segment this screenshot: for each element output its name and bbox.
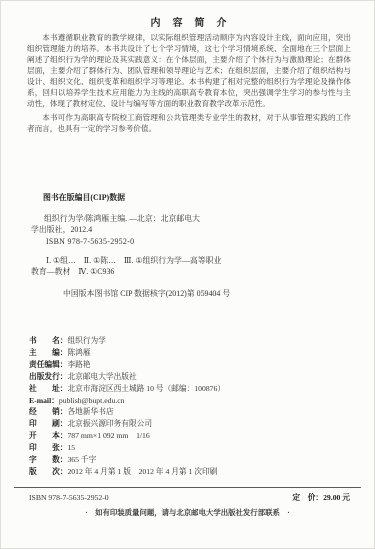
colophon-row-sheets: 印 张： 15 bbox=[29, 442, 350, 454]
colophon-label: 主 编： bbox=[29, 347, 67, 359]
footer-row: ISBN 978-7-5635-2952-0 定 价：29.00 元 bbox=[29, 492, 350, 503]
quality-note: · 如有印装质量问题，请与北京邮电大学出版社发行部联系 · bbox=[1, 507, 374, 518]
colophon-value: 北京邮电大学出版社 bbox=[67, 371, 136, 383]
cip-entry-line-1: 组织行为学/陈鸿雁主编. —北京：北京邮电大 bbox=[44, 213, 350, 224]
colophon-label: 社 址： bbox=[29, 383, 67, 395]
colophon-row-distribution: 经 销： 各地新华书店 bbox=[29, 406, 350, 418]
cip-record-number: 中国版本图书馆 CIP 数据核字(2012)第 059404 号 bbox=[63, 288, 350, 299]
colophon-row-printer: 印 刷： 北京振兴源印务有限公司 bbox=[29, 418, 350, 430]
colophon-value: 陈鸿雁 bbox=[67, 347, 90, 359]
footer-isbn: ISBN 978-7-5635-2952-0 bbox=[29, 492, 109, 503]
colophon-value: 365 千字 bbox=[67, 454, 96, 466]
colophon-value: 2012 年 4 月第 1 版 2012 年 4 月第 1 次印刷 bbox=[67, 466, 217, 478]
colophon-value: publish@bupt.edu.cn bbox=[59, 395, 125, 407]
colophon-row-editor: 主 编： 陈鸿雁 bbox=[29, 347, 350, 359]
colophon-value: 各地新华书店 bbox=[67, 406, 113, 418]
colophon-value: 北京振兴源印务有限公司 bbox=[67, 418, 152, 430]
colophon-value: 787 mm×1 092 mm 1/16 bbox=[67, 430, 149, 442]
colophon-row-address: 社 址： 北京市海淀区西土城路 10 号（邮编：100876） bbox=[29, 383, 350, 395]
colophon-row-responsible-editor: 责任编辑： 李路艳 bbox=[29, 359, 350, 371]
cip-isbn: ISBN 978-7-5635-2952-0 bbox=[46, 236, 350, 247]
colophon-value: 李路艳 bbox=[67, 359, 90, 371]
colophon-label: 责任编辑： bbox=[29, 359, 67, 371]
colophon-row-publisher: 出版发行： 北京邮电大学出版社 bbox=[29, 371, 350, 383]
intro-title: 内 容 简 介 bbox=[27, 14, 351, 29]
colophon-label: 印 张： bbox=[29, 442, 67, 454]
cip-heading: 图书在版编目(CIP)数据 bbox=[43, 192, 350, 203]
cip-classification-line-2: 教育—教材 Ⅳ. ①C936 bbox=[31, 266, 350, 277]
cip-classification-line-1: Ⅰ. ①组… Ⅱ. ①陈… Ⅲ. ①组织行为学—高等职业 bbox=[46, 255, 350, 266]
colophon-row-email: E-mail： publish@bupt.edu.cn bbox=[29, 395, 350, 407]
copyright-page: 内 容 简 介 本书遵循职业教育的教学规律，以实际组织管理活动顺序为内容设计主线… bbox=[0, 0, 375, 549]
intro-section: 内 容 简 介 本书遵循职业教育的教学规律，以实际组织管理活动顺序为内容设计主线… bbox=[27, 14, 351, 134]
colophon-value: 15 bbox=[67, 442, 75, 454]
colophon-row-format: 开 本： 787 mm×1 092 mm 1/16 bbox=[29, 430, 350, 442]
colophon-value: 组织行为学 bbox=[67, 335, 105, 347]
colophon-label: 出版发行： bbox=[29, 371, 67, 383]
colophon-row-word-count: 字 数： 365 千字 bbox=[29, 454, 350, 466]
colophon-table: 书 名： 组织行为学 主 编： 陈鸿雁 责任编辑： 李路艳 出版发行： 北京邮电… bbox=[29, 335, 350, 478]
intro-paragraph-1: 本书遵循职业教育的教学规律，以实际组织管理活动顺序为内容设计主线，面向应用，突出… bbox=[27, 32, 351, 109]
colophon-label: E-mail： bbox=[29, 395, 59, 407]
colophon-label: 书 名： bbox=[29, 335, 67, 347]
colophon-label: 版 次： bbox=[29, 466, 67, 478]
colophon-label: 开 本： bbox=[29, 430, 67, 442]
colophon-row-edition: 版 次： 2012 年 4 月第 1 版 2012 年 4 月第 1 次印刷 bbox=[29, 466, 350, 478]
footer-price: 定 价：29.00 元 bbox=[292, 492, 350, 503]
cip-section: 图书在版编目(CIP)数据 组织行为学/陈鸿雁主编. —北京：北京邮电大 学出版… bbox=[31, 192, 350, 299]
colophon-value: 北京市海淀区西土城路 10 号（邮编：100876） bbox=[67, 383, 225, 395]
cip-entry-line-2: 学出版社，2012.4 bbox=[31, 224, 350, 235]
intro-paragraph-2: 本书可作为高职高专院校工商管理和公共管理类专业学生的教材，对于从事管理实践的工作… bbox=[27, 112, 351, 134]
colophon-label: 经 销： bbox=[29, 406, 67, 418]
colophon-label: 字 数： bbox=[29, 454, 67, 466]
colophon-label: 印 刷： bbox=[29, 418, 67, 430]
footer-divider bbox=[14, 487, 361, 488]
colophon-row-title: 书 名： 组织行为学 bbox=[29, 335, 350, 347]
